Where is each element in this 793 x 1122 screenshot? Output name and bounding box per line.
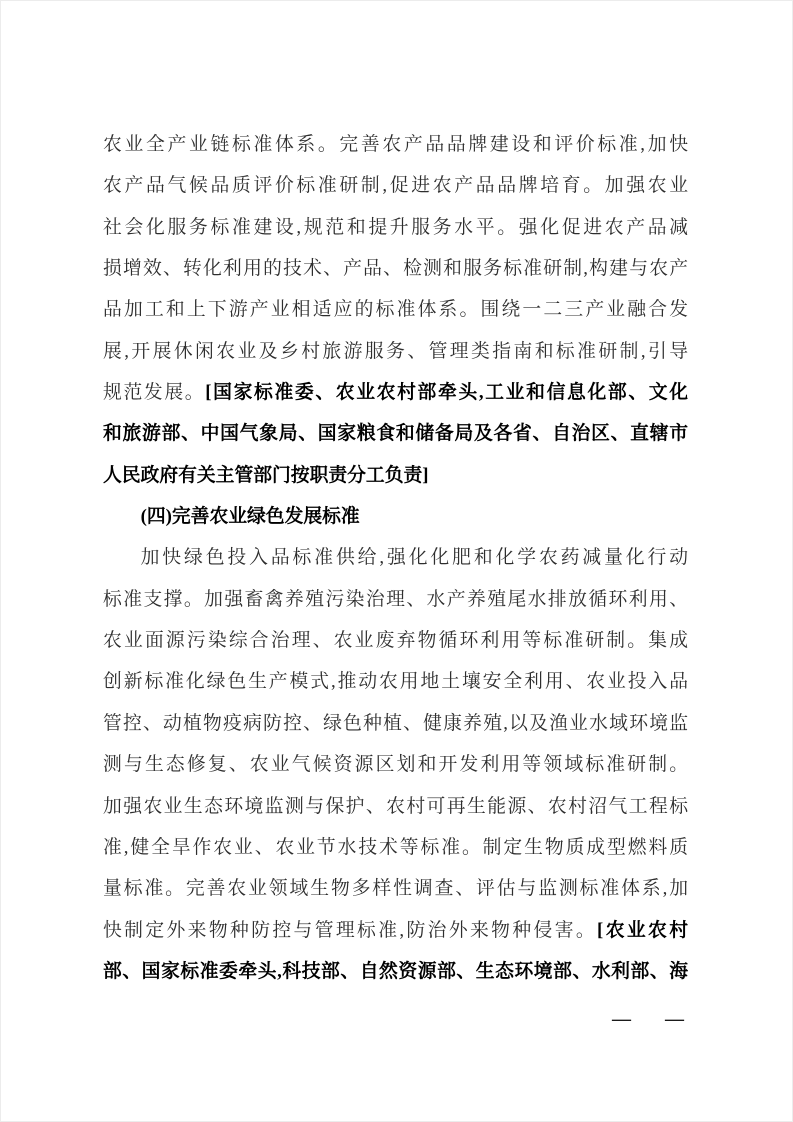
text-segment: 加快绿色投入品标准供给,强化化肥和化学农药减量化行动 bbox=[141, 547, 688, 568]
responsibility-annotation-segment: 部、国家标准委牵头,科技部、自然资源部、生态环境部、水利部、海 bbox=[103, 961, 688, 982]
text-line: 加快绿色投入品标准供给,强化化肥和化学农药减量化行动 bbox=[103, 537, 688, 578]
text-segment: 损增效、转化利用的技术、产品、检测和服务标准研制,构建与农产 bbox=[103, 258, 688, 279]
text-segment: 展,开展休闲农业及乡村旅游服务、管理类指南和标准研制,引导 bbox=[103, 341, 688, 362]
text-line: 规范发展。[国家标准委、农业农村部牵头,工业和信息化部、文化 bbox=[103, 372, 688, 413]
text-segment: 加强农业生态环境监测与保护、农村可再生能源、农村沼气工程标 bbox=[103, 796, 688, 817]
text-line: 展,开展休闲农业及乡村旅游服务、管理类指南和标准研制,引导 bbox=[103, 331, 688, 372]
text-line: 加强农业生态环境监测与保护、农村可再生能源、农村沼气工程标 bbox=[103, 786, 688, 827]
text-line: 部、国家标准委牵头,科技部、自然资源部、生态环境部、水利部、海 bbox=[103, 951, 688, 992]
text-line: 量标准。完善农业领域生物多样性调查、评估与监测标准体系,加 bbox=[103, 868, 688, 909]
text-segment: 准,健全旱作农业、农业节水技术等标准。制定生物质成型燃料质 bbox=[103, 837, 688, 858]
text-segment: 农产品气候品质评价标准研制,促进农产品品牌培育。加强农业 bbox=[103, 175, 688, 196]
text-line: 农业全产业链标准体系。完善农产品品牌建设和评价标准,加快 bbox=[103, 124, 688, 165]
text-line: 农业面源污染综合治理、农业废弃物循环利用等标准研制。集成 bbox=[103, 620, 688, 661]
text-segment: 测与生态修复、农业气候资源区划和开发利用等领域标准研制。 bbox=[103, 754, 688, 775]
text-segment: 快制定外来物种防控与管理标准,防治外来物种侵害。 bbox=[103, 920, 597, 941]
text-segment: 品加工和上下游产业相适应的标准体系。围绕一二三产业融合发 bbox=[103, 299, 688, 320]
responsibility-annotation-segment: 和旅游部、中国气象局、国家粮食和储备局及各省、自治区、直辖市 bbox=[103, 423, 688, 444]
responsibility-annotation-segment: [农业农村 bbox=[597, 920, 688, 941]
page-number: — — bbox=[612, 1008, 684, 1032]
text-segment: 农业面源污染综合治理、农业废弃物循环利用等标准研制。集成 bbox=[103, 630, 688, 651]
text-line: 社会化服务标准建设,规范和提升服务水平。强化促进农产品减 bbox=[103, 207, 688, 248]
text-line: 准,健全旱作农业、农业节水技术等标准。制定生物质成型燃料质 bbox=[103, 827, 688, 868]
text-line: 快制定外来物种防控与管理标准,防治外来物种侵害。[农业农村 bbox=[103, 910, 688, 951]
text-line: 标准支撑。加强畜禽养殖污染治理、水产养殖尾水排放循环利用、 bbox=[103, 579, 688, 620]
responsibility-annotation-segment: 人民政府有关主管部门按职责分工负责] bbox=[103, 465, 429, 486]
responsibility-annotation-segment: [国家标准委、农业农村部牵头,工业和信息化部、文化 bbox=[205, 382, 688, 403]
text-line: 人民政府有关主管部门按职责分工负责] bbox=[103, 455, 688, 496]
document-page: 农业全产业链标准体系。完善农产品品牌建设和评价标准,加快农产品气候品质评价标准研… bbox=[0, 0, 793, 1122]
text-segment: 社会化服务标准建设,规范和提升服务水平。强化促进农产品减 bbox=[103, 217, 688, 238]
responsibility-annotation-segment: (四)完善农业绿色发展标准 bbox=[141, 506, 360, 527]
text-line: 农产品气候品质评价标准研制,促进农产品品牌培育。加强农业 bbox=[103, 165, 688, 206]
text-line: 管控、动植物疫病防控、绿色种植、健康养殖,以及渔业水域环境监 bbox=[103, 703, 688, 744]
text-segment: 量标准。完善农业领域生物多样性调查、评估与监测标准体系,加 bbox=[103, 878, 688, 899]
text-line: 创新标准化绿色生产模式,推动农用地土壤安全利用、农业投入品 bbox=[103, 661, 688, 702]
text-line: 和旅游部、中国气象局、国家粮食和储备局及各省、自治区、直辖市 bbox=[103, 413, 688, 454]
section-heading: (四)完善农业绿色发展标准 bbox=[103, 496, 688, 537]
text-segment: 创新标准化绿色生产模式,推动农用地土壤安全利用、农业投入品 bbox=[103, 671, 688, 692]
text-segment: 规范发展。 bbox=[103, 382, 205, 403]
text-segment: 标准支撑。加强畜禽养殖污染治理、水产养殖尾水排放循环利用、 bbox=[103, 589, 688, 610]
document-body: 农业全产业链标准体系。完善农产品品牌建设和评价标准,加快农产品气候品质评价标准研… bbox=[103, 124, 688, 992]
text-line: 测与生态修复、农业气候资源区划和开发利用等领域标准研制。 bbox=[103, 744, 688, 785]
text-line: 损增效、转化利用的技术、产品、检测和服务标准研制,构建与农产 bbox=[103, 248, 688, 289]
text-line: 品加工和上下游产业相适应的标准体系。围绕一二三产业融合发 bbox=[103, 289, 688, 330]
text-segment: 管控、动植物疫病防控、绿色种植、健康养殖,以及渔业水域环境监 bbox=[103, 713, 688, 734]
page-number-dash-right: — bbox=[665, 1008, 684, 1032]
text-segment: 农业全产业链标准体系。完善农产品品牌建设和评价标准,加快 bbox=[103, 134, 688, 155]
page-number-dash-left: — bbox=[612, 1008, 631, 1032]
